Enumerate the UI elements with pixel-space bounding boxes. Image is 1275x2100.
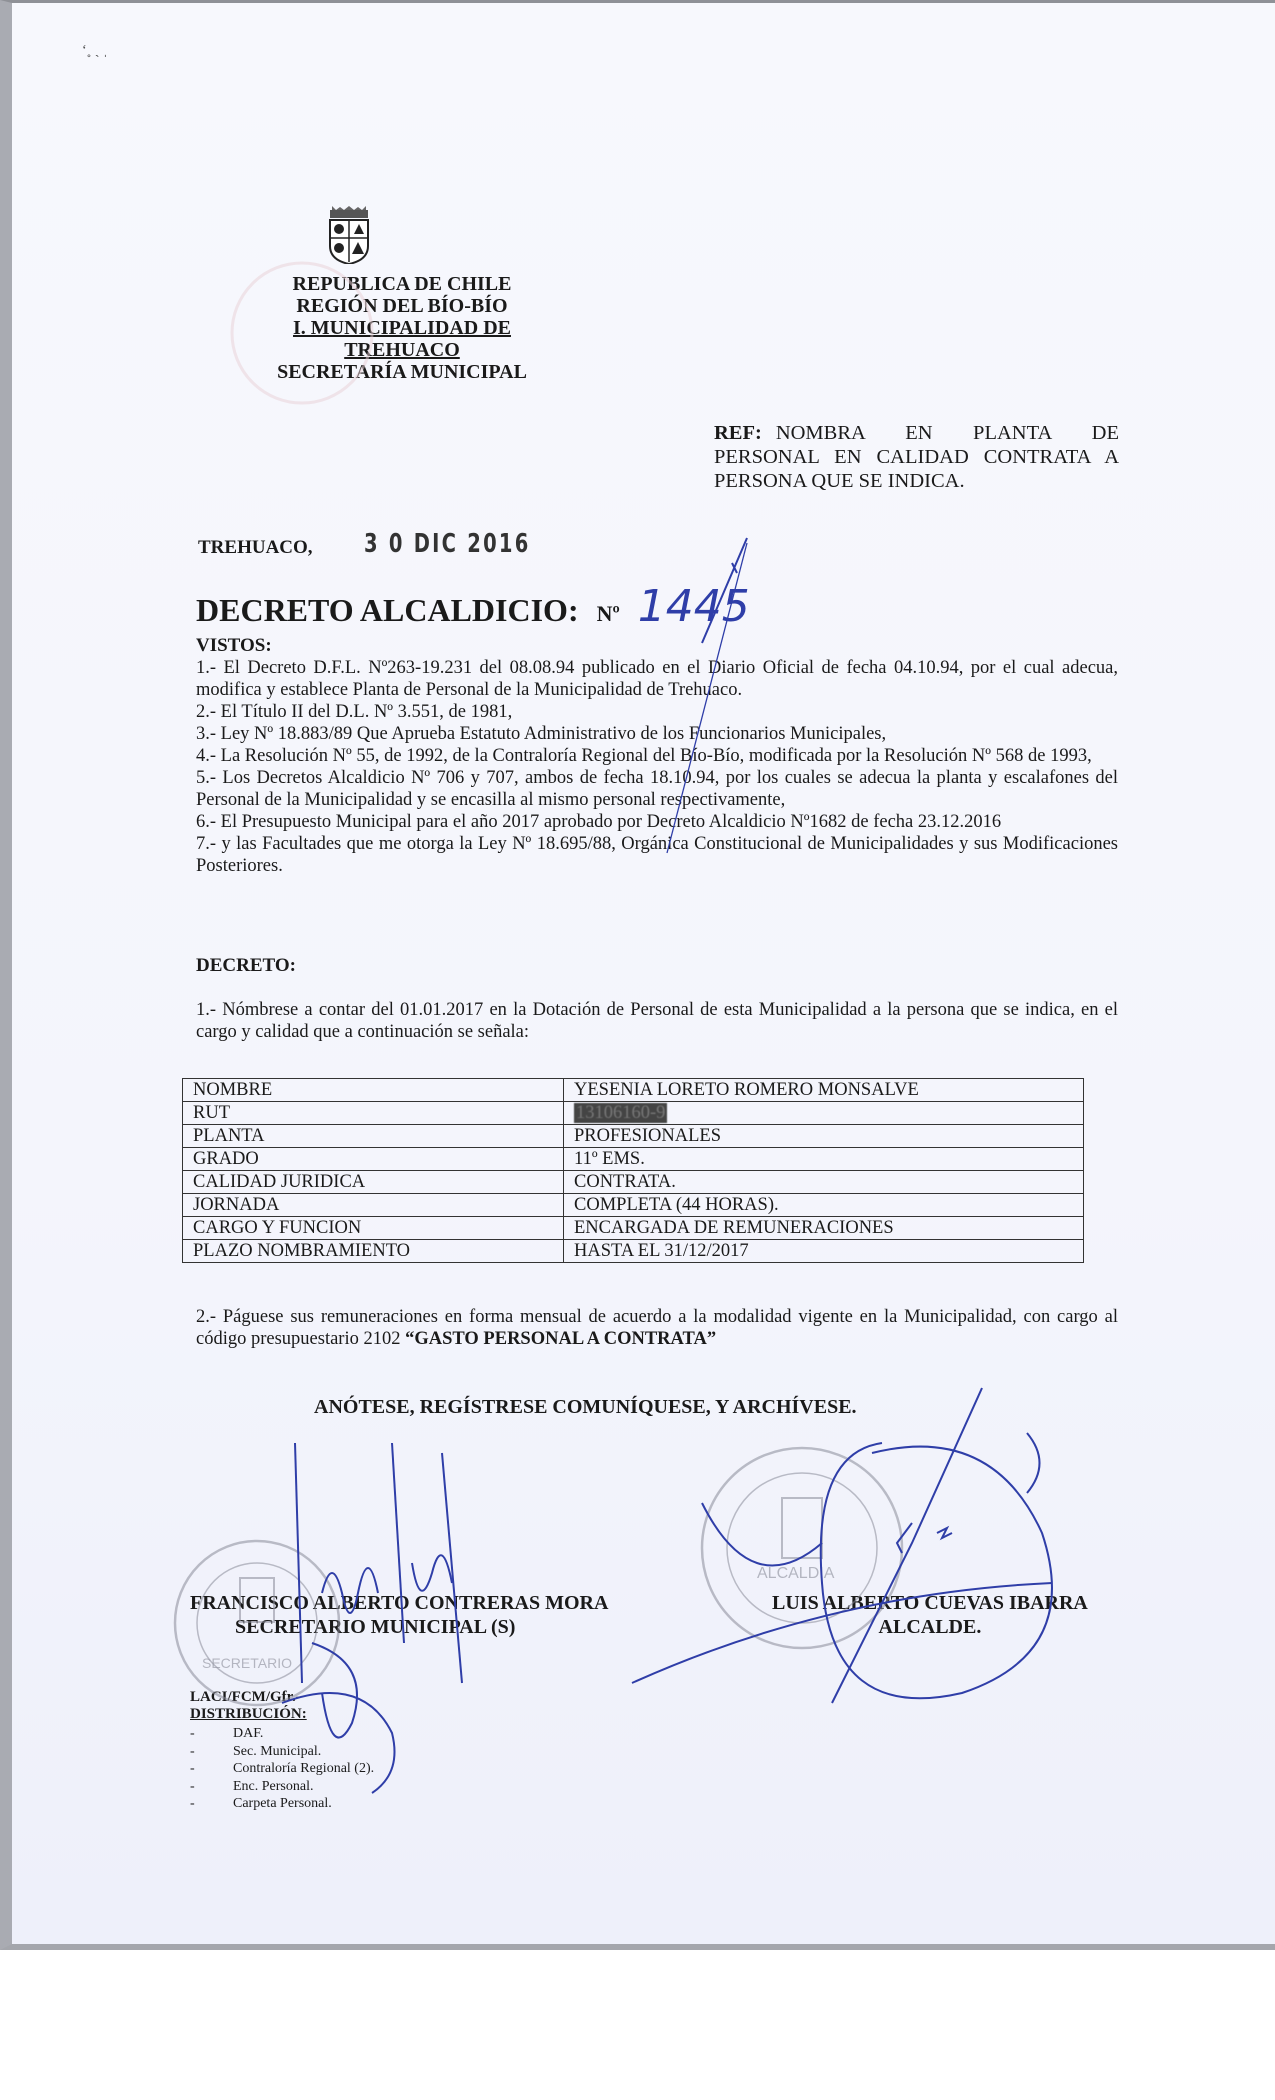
- signatory-title: SECRETARIO MUNICIPAL (S): [190, 1615, 608, 1639]
- distribution-item-label: Carpeta Personal.: [233, 1796, 332, 1811]
- distribution-item: -DAF.: [190, 1725, 374, 1743]
- vistos-section: VISTOS: 1.- El Decreto D.F.L. Nº263-19.2…: [196, 635, 1118, 877]
- svg-text:ALCALDIA: ALCALDIA: [757, 1565, 835, 1582]
- decreto-item-1: 1.- Nómbrese a contar del 01.01.2017 en …: [196, 999, 1118, 1043]
- appointment-table: NOMBREYESENIA LORETO ROMERO MONSALVERUT1…: [182, 1078, 1084, 1263]
- distribution-item-label: Enc. Personal.: [233, 1779, 313, 1794]
- table-key: CALIDAD JURIDICA: [183, 1171, 564, 1194]
- table-row: PLANTAPROFESIONALES: [183, 1125, 1084, 1148]
- vistos-item: 3.- Ley Nº 18.883/89 Que Aprueba Estatut…: [196, 723, 1118, 745]
- letterhead-municipality: I. MUNICIPALIDAD DE TREHUACO: [242, 317, 562, 361]
- table-value: CONTRATA.: [564, 1171, 1084, 1194]
- table-value: HASTA EL 31/12/2017: [564, 1240, 1084, 1263]
- bullet-dash: -: [190, 1760, 233, 1778]
- table-row: PLAZO NOMBRAMIENTOHASTA EL 31/12/2017: [183, 1240, 1084, 1263]
- table-key: JORNADA: [183, 1194, 564, 1217]
- decree-title: DECRETO ALCALDICIO: Nº 1445: [196, 581, 750, 632]
- distribution-list: -DAF.-Sec. Municipal.-Contraloría Region…: [190, 1725, 374, 1813]
- decree-number-handwritten: 1445: [638, 581, 750, 632]
- signatory-title: ALCALDE.: [772, 1615, 1088, 1639]
- table-key: NOMBRE: [183, 1079, 564, 1102]
- vistos-item: 1.- El Decreto D.F.L. Nº263-19.231 del 0…: [196, 657, 1118, 701]
- svg-text:SECRETARIO: SECRETARIO: [202, 1655, 292, 1671]
- reference-block: REF:NOMBRA EN PLANTA DE PERSONAL EN CALI…: [714, 421, 1119, 493]
- table-key: PLANTA: [183, 1125, 564, 1148]
- table-row: GRADO11º EMS.: [183, 1148, 1084, 1171]
- vistos-item: 7.- y las Facultades que me otorga la Le…: [196, 833, 1118, 877]
- vistos-item: 4.- La Resolución Nº 55, de 1992, de la …: [196, 745, 1118, 767]
- signatory-name: FRANCISCO ALBERTO CONTRERAS MORA: [190, 1592, 608, 1614]
- table-key: CARGO Y FUNCION: [183, 1217, 564, 1240]
- distribution-item: -Sec. Municipal.: [190, 1743, 374, 1761]
- table-row: NOMBREYESENIA LORETO ROMERO MONSALVE: [183, 1079, 1084, 1102]
- decreto-section: DECRETO: 1.- Nómbrese a contar del 01.01…: [196, 955, 1118, 1043]
- bullet-dash: -: [190, 1795, 233, 1813]
- table-row: CARGO Y FUNCIONENCARGADA DE REMUNERACION…: [183, 1217, 1084, 1240]
- scan-specks: ʻ˳ ˎ ˌ: [82, 43, 108, 59]
- date-stamp: 3 0 DIC 2016: [364, 529, 531, 559]
- ref-label: REF:: [714, 422, 762, 444]
- coat-of-arms-icon: [324, 206, 374, 264]
- table-value: PROFESIONALES: [564, 1125, 1084, 1148]
- letterhead-department: SECRETARÍA MUNICIPAL: [242, 361, 562, 383]
- distribution-item: -Carpeta Personal.: [190, 1795, 374, 1813]
- table-key: RUT: [183, 1102, 564, 1125]
- bullet-dash: -: [190, 1743, 233, 1761]
- vistos-item: 6.- El Presupuesto Municipal para el año…: [196, 811, 1118, 833]
- vistos-item: 2.- El Título II del D.L. Nº 3.551, de 1…: [196, 701, 1118, 723]
- distribution-item: -Contraloría Regional (2).: [190, 1760, 374, 1778]
- distribution-item-label: Contraloría Regional (2).: [233, 1761, 374, 1776]
- decreto-title: DECRETO:: [196, 955, 1118, 977]
- table-value: 11º EMS.: [564, 1148, 1084, 1171]
- decreto-item-2: 2.- Páguese sus remuneraciones en forma …: [196, 1306, 1118, 1350]
- table-value: ENCARGADA DE REMUNERACIONES: [564, 1217, 1084, 1240]
- budget-code-label: “GASTO PERSONAL A CONTRATA”: [405, 1329, 716, 1349]
- table-value: YESENIA LORETO ROMERO MONSALVE: [564, 1079, 1084, 1102]
- table-row: JORNADACOMPLETA (44 HORAS).: [183, 1194, 1084, 1217]
- decree-title-text: DECRETO ALCALDICIO:: [196, 592, 579, 628]
- ref-text: NOMBRA EN PLANTA DE PERSONAL EN CALIDAD …: [714, 422, 1119, 492]
- vistos-title: VISTOS:: [196, 635, 1118, 657]
- mayor-signature-icon: [632, 1388, 1052, 1703]
- distribution-item-label: Sec. Municipal.: [233, 1744, 321, 1759]
- vistos-item: 5.- Los Decretos Alcaldicio Nº 706 y 707…: [196, 767, 1118, 811]
- bullet-dash: -: [190, 1778, 233, 1796]
- signatory-name: LUIS ALBERTO CUEVAS IBARRA: [772, 1591, 1088, 1615]
- table-value: COMPLETA (44 HORAS).: [564, 1194, 1084, 1217]
- table-key: GRADO: [183, 1148, 564, 1171]
- closing-formula: ANÓTESE, REGÍSTRESE COMUNÍQUESE, Y ARCHÍ…: [314, 1396, 857, 1419]
- scanned-page: ʻ˳ ˎ ˌ REPUBLICA DE CHILE REGIÓN DEL BÍO…: [0, 0, 1275, 1950]
- initials: LACI/FCM/Gfr.-: [190, 1689, 301, 1706]
- table-row: CALIDAD JURIDICACONTRATA.: [183, 1171, 1084, 1194]
- bullet-dash: -: [190, 1725, 233, 1743]
- letterhead: REPUBLICA DE CHILE REGIÓN DEL BÍO-BÍO I.…: [242, 273, 562, 383]
- table-row: RUT13106160-9: [183, 1102, 1084, 1125]
- letterhead-country: REPUBLICA DE CHILE: [242, 273, 562, 295]
- decree-number-label: Nº: [597, 601, 620, 626]
- signatory-secretary: FRANCISCO ALBERTO CONTRERAS MORA SECRETA…: [190, 1591, 608, 1639]
- place-name: TREHUACO,: [198, 537, 313, 559]
- table-value: 13106160-9: [564, 1102, 1084, 1125]
- table-key: PLAZO NOMBRAMIENTO: [183, 1240, 564, 1263]
- distribution-item-label: DAF.: [233, 1726, 263, 1741]
- distribution-title: DISTRIBUCIÓN:: [190, 1706, 307, 1723]
- letterhead-region: REGIÓN DEL BÍO-BÍO: [242, 295, 562, 317]
- signatory-mayor: LUIS ALBERTO CUEVAS IBARRA ALCALDE.: [772, 1591, 1088, 1639]
- distribution-item: -Enc. Personal.: [190, 1778, 374, 1796]
- redacted-rut: 13106160-9: [574, 1103, 667, 1123]
